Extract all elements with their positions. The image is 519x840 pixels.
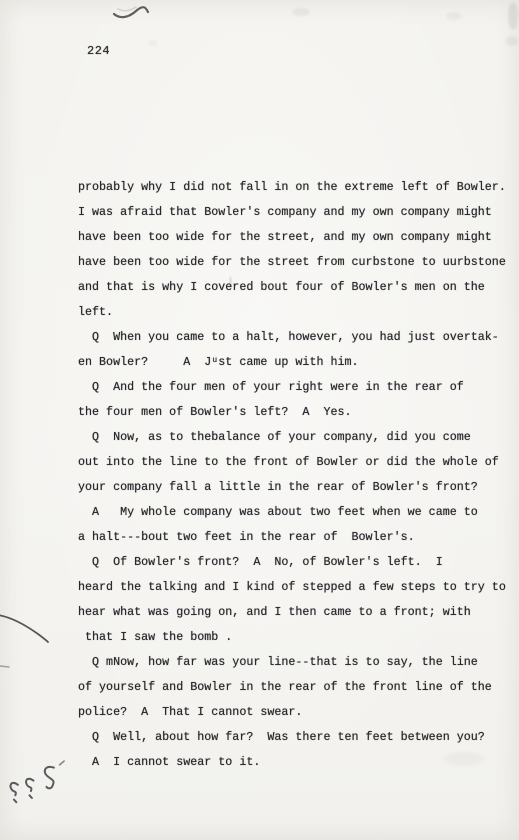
- text-line: Q mNow, how far was your line--that is t…: [78, 650, 514, 675]
- text-line: your company fall a little in the rear o…: [78, 475, 514, 500]
- text-line: Q When you came to a halt, however, you …: [78, 325, 514, 350]
- ink-smudge: [508, 2, 518, 30]
- text-line: have been too wide for the street, and m…: [78, 225, 514, 250]
- text-line: that I saw the bomb .: [78, 625, 514, 650]
- ink-smudge: [506, 36, 518, 46]
- text-line: out into the line to the front of Bowler…: [78, 450, 514, 475]
- ink-smudge: [446, 12, 462, 20]
- text-line: Q Of Bowler's front? A No, of Bowler's l…: [78, 550, 514, 575]
- text-line: probably why I did not fall in on the ex…: [78, 175, 514, 200]
- text-line: have been too wide for the street from c…: [78, 250, 514, 275]
- top-ink-squiggle-mark: [108, 2, 152, 24]
- text-line: left.: [78, 300, 514, 325]
- text-line: Q Now, as to thebalance of your company,…: [78, 425, 514, 450]
- handwritten-page-number: [0, 755, 77, 813]
- text-line: A My whole company was about two feet wh…: [78, 500, 514, 525]
- text-line: Q Well, about how far? Was there ten fee…: [78, 725, 514, 750]
- text-line: a halt---bout two feet in the rear of Bo…: [78, 525, 514, 550]
- text-line: of yourself and Bowler in the rear of th…: [78, 675, 514, 700]
- transcript-text: probably why I did not fall in on the ex…: [78, 175, 514, 775]
- text-line: and that is why I covered bout four of B…: [78, 275, 514, 300]
- page-number: 224: [87, 44, 110, 58]
- scanned-page: 224 probably why I did not fall in on th…: [0, 0, 519, 840]
- text-line: hear what was going on, and I then came …: [78, 600, 514, 625]
- ink-smudge: [148, 40, 158, 46]
- text-line: Q And the four men of your right were in…: [78, 375, 514, 400]
- text-line: en Bowler? A Jᵘst came up with him.: [78, 350, 514, 375]
- text-line: A I cannot swear to it.: [78, 750, 514, 775]
- text-line: I was afraid that Bowler's company and m…: [78, 200, 514, 225]
- text-line: heard the talking and I kind of stepped …: [78, 575, 514, 600]
- text-line: police? A That I cannot swear.: [78, 700, 514, 725]
- left-edge-tick-mark: [0, 663, 12, 671]
- ink-smudge: [292, 8, 310, 16]
- text-line: the four men of Bowler's left? A Yes.: [78, 400, 514, 425]
- left-edge-pen-stroke-mark: [0, 593, 62, 651]
